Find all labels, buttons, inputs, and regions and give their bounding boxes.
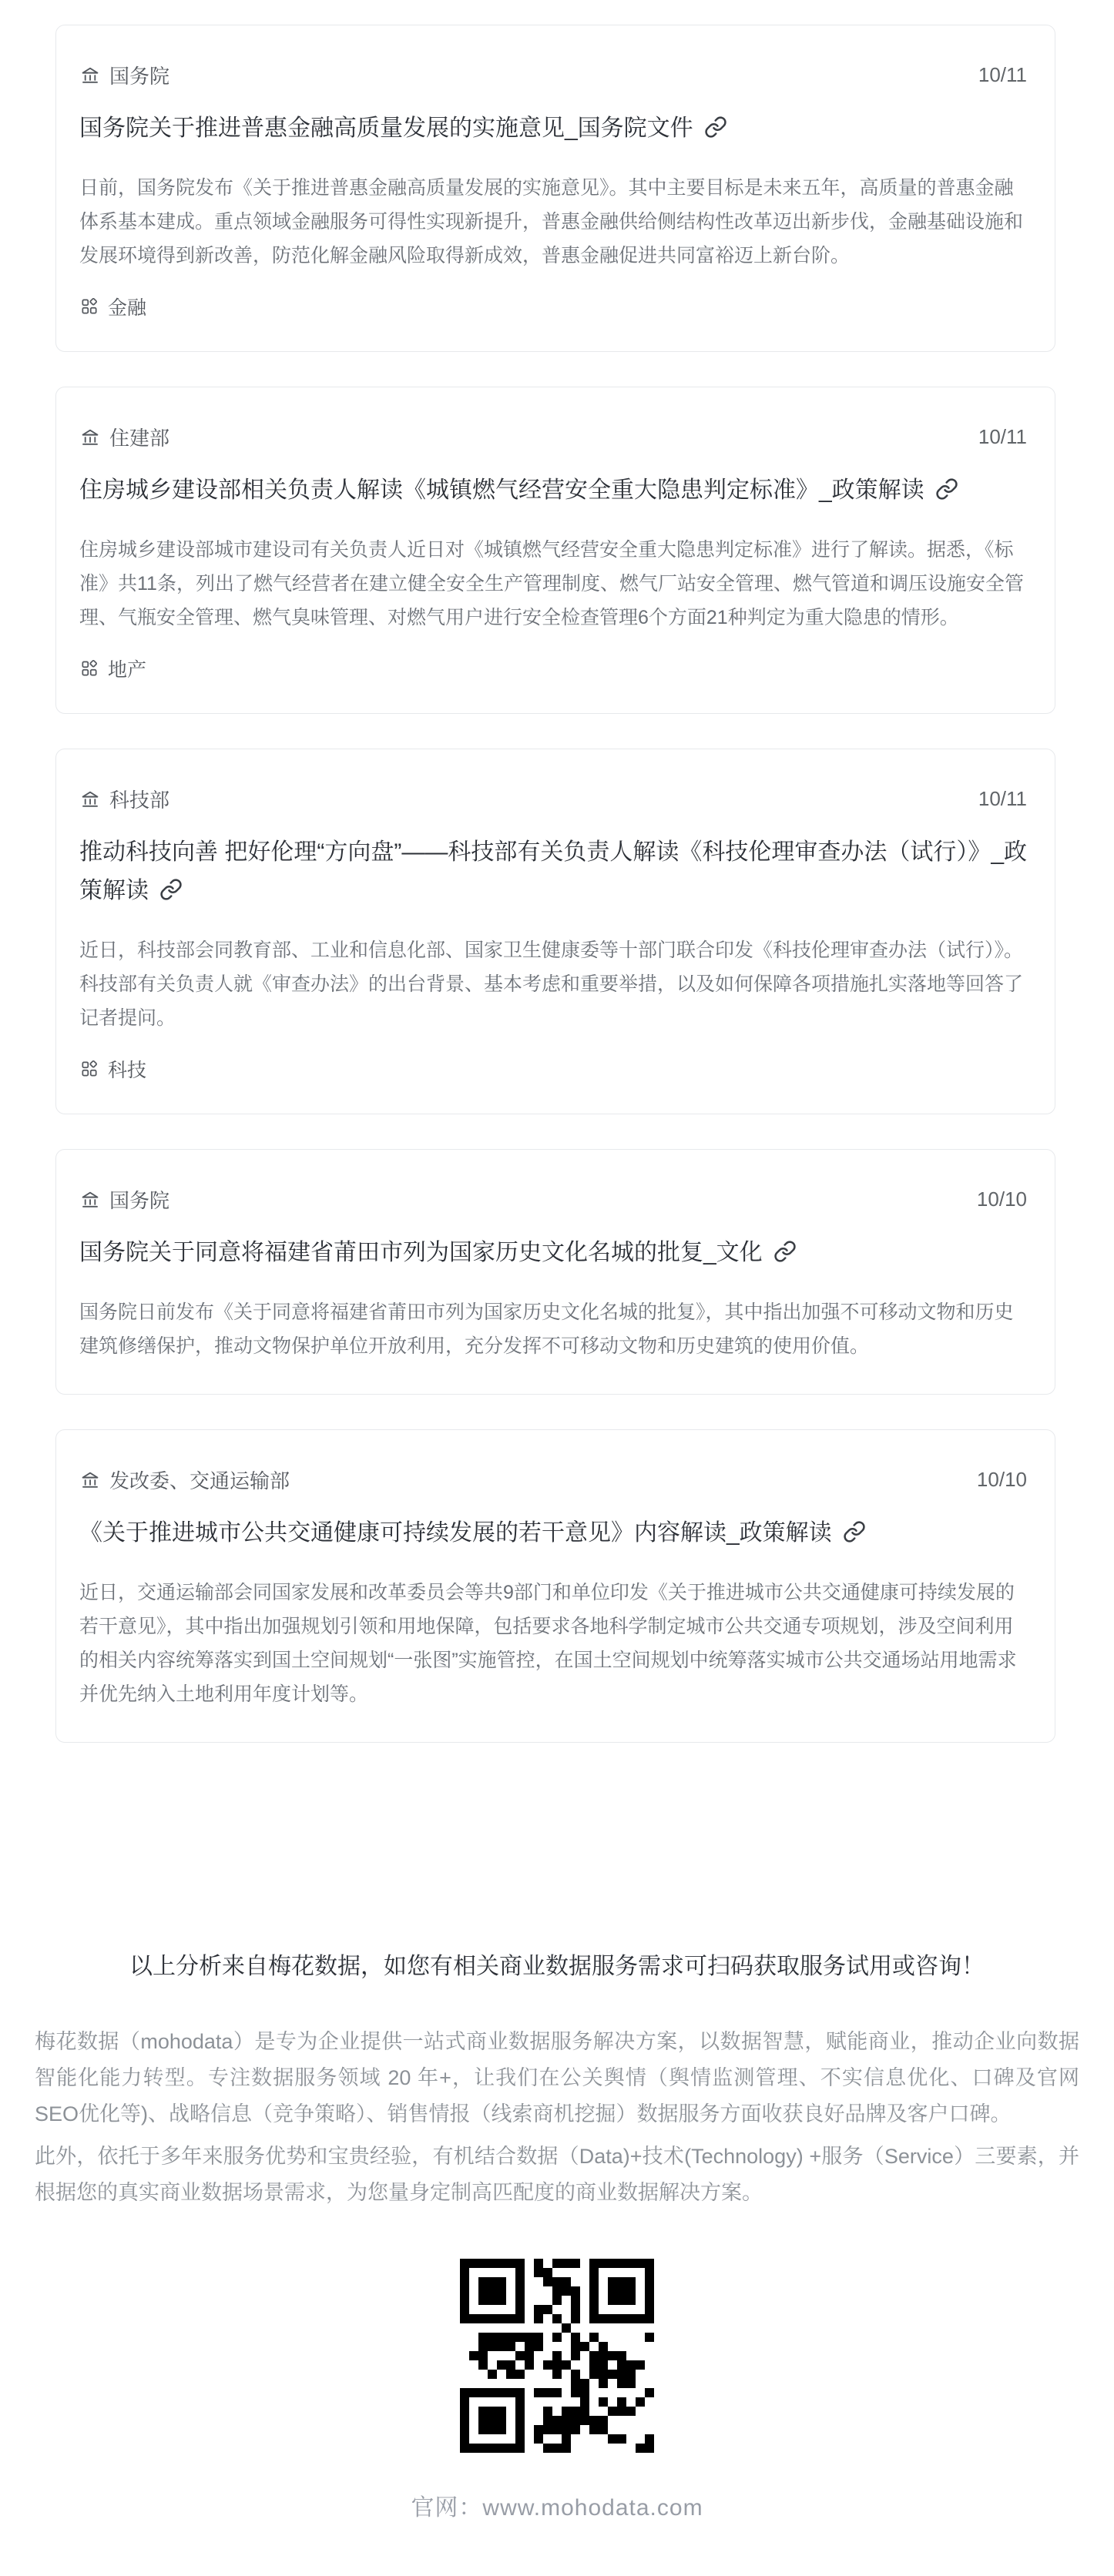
card-source: 国务院 [79, 1185, 169, 1214]
card-title[interactable]: 国务院关于推进普惠金融高质量发展的实施意见_国务院文件 [79, 109, 1027, 148]
qr-code-image [460, 2259, 654, 2453]
card-source-label: 科技部 [109, 785, 169, 813]
category-icon [79, 296, 99, 317]
card-date: 10/11 [978, 425, 1027, 449]
link-icon[interactable] [935, 477, 958, 501]
card-title[interactable]: 国务院关于同意将福建省莆田市列为国家历史文化名城的批复_文化 [79, 1234, 1027, 1272]
card-title-text[interactable]: 住房城乡建设部相关负责人解读《城镇燃气经营安全重大隐患判定标准》_政策解读 [79, 477, 924, 503]
link-icon[interactable] [704, 116, 727, 139]
card-date: 10/11 [978, 63, 1027, 87]
bank-icon [79, 65, 101, 86]
card-source-label: 国务院 [109, 1185, 169, 1214]
card-title-text[interactable]: 国务院关于推进普惠金融高质量发展的实施意见_国务院文件 [79, 116, 693, 141]
link-icon[interactable] [843, 1520, 866, 1543]
card-source-label: 发改委、交通运输部 [109, 1466, 290, 1494]
policy-card: 国务院 10/10 国务院关于同意将福建省莆田市列为国家历史文化名城的批复_文化… [55, 1149, 1055, 1395]
card-date: 10/10 [977, 1188, 1027, 1211]
promo-paragraph: 梅花数据（mohodata）是专为企业提供一站式商业数据服务解决方案，以数据智慧… [35, 2024, 1079, 2132]
card-source: 国务院 [79, 61, 169, 89]
card-source-label: 住建部 [109, 423, 169, 451]
card-summary: 日前，国务院发布《关于推进普惠金融高质量发展的实施意见》。其中主要目标是未来五年… [79, 171, 1027, 273]
card-summary: 近日，科技部会同教育部、工业和信息化部、国家卫生健康委等十部门联合印发《科技伦理… [79, 933, 1027, 1035]
card-source-label: 国务院 [109, 61, 169, 89]
promo-headline: 以上分析来自梅花数据，如您有相关商业数据服务需求可扫码获取服务试用或咨询！ [0, 1947, 1114, 1981]
policy-card: 住建部 10/11 住房城乡建设部相关负责人解读《城镇燃气经营安全重大隐患判定标… [55, 387, 1055, 714]
policy-card: 国务院 10/11 国务院关于推进普惠金融高质量发展的实施意见_国务院文件 日前… [55, 25, 1055, 352]
card-title-text[interactable]: 国务院关于同意将福建省莆田市列为国家历史文化名城的批复_文化 [79, 1240, 763, 1265]
card-tag-label: 科技 [108, 1055, 146, 1083]
card-title[interactable]: 推动科技向善 把好伦理“方向盘”——科技部有关负责人解读《科技伦理审查办法（试行… [79, 833, 1027, 910]
card-title[interactable]: 《关于推进城市公共交通健康可持续发展的若干意见》内容解读_政策解读 [79, 1514, 1027, 1553]
card-title-text[interactable]: 推动科技向善 把好伦理“方向盘”——科技部有关负责人解读《科技伦理审查办法（试行… [79, 839, 1027, 903]
card-date: 10/10 [977, 1468, 1027, 1492]
card-header: 国务院 10/11 [79, 61, 1027, 89]
website-url: 官网：www.mohodata.com [0, 2488, 1114, 2522]
promo-paragraphs: 梅花数据（mohodata）是专为企业提供一站式商业数据服务解决方案，以数据智慧… [35, 2024, 1079, 2211]
card-header: 发改委、交通运输部 10/10 [79, 1466, 1027, 1494]
card-summary: 近日，交通运输部会同国家发展和改革委员会等共9部门和单位印发《关于推进城市公共交… [79, 1576, 1027, 1711]
bank-icon [79, 427, 101, 448]
card-summary: 住房城乡建设部城市建设司有关负责人近日对《城镇燃气经营安全重大隐患判定标准》进行… [79, 533, 1027, 635]
card-tag[interactable]: 科技 [79, 1055, 1027, 1083]
card-summary: 国务院日前发布《关于同意将福建省莆田市列为国家历史文化名城的批复》，其中指出加强… [79, 1295, 1027, 1363]
bank-icon [79, 789, 101, 810]
card-title[interactable]: 住房城乡建设部相关负责人解读《城镇燃气经营安全重大隐患判定标准》_政策解读 [79, 471, 1027, 510]
policy-card: 科技部 10/11 推动科技向善 把好伦理“方向盘”——科技部有关负责人解读《科… [55, 749, 1055, 1114]
card-tag-label: 地产 [108, 655, 146, 682]
category-icon [79, 1059, 99, 1079]
policy-feed: 国务院 10/11 国务院关于推进普惠金融高质量发展的实施意见_国务院文件 日前… [0, 0, 1114, 1743]
card-date: 10/11 [978, 787, 1027, 811]
card-tag-label: 金融 [108, 293, 146, 320]
policy-card: 发改委、交通运输部 10/10 《关于推进城市公共交通健康可持续发展的若干意见》… [55, 1429, 1055, 1743]
link-icon[interactable] [159, 878, 183, 901]
card-title-text[interactable]: 《关于推进城市公共交通健康可持续发展的若干意见》内容解读_政策解读 [79, 1520, 832, 1546]
category-icon [79, 658, 99, 678]
card-source: 科技部 [79, 785, 169, 813]
card-header: 住建部 10/11 [79, 423, 1027, 451]
bank-icon [79, 1469, 101, 1491]
card-source: 住建部 [79, 423, 169, 451]
card-header: 国务院 10/10 [79, 1185, 1027, 1214]
card-header: 科技部 10/11 [79, 785, 1027, 813]
card-source: 发改委、交通运输部 [79, 1466, 290, 1494]
card-tag[interactable]: 地产 [79, 655, 1027, 682]
promo-paragraph: 此外，依托于多年来服务优势和宝贵经验，有机结合数据（Data)+技术(Techn… [35, 2139, 1079, 2211]
promo-footer: 以上分析来自梅花数据，如您有相关商业数据服务需求可扫码获取服务试用或咨询！ 梅花… [0, 1947, 1114, 2576]
link-icon[interactable] [773, 1240, 797, 1263]
qr-code [460, 2259, 654, 2453]
bank-icon [79, 1189, 101, 1211]
card-tag[interactable]: 金融 [79, 293, 1027, 320]
